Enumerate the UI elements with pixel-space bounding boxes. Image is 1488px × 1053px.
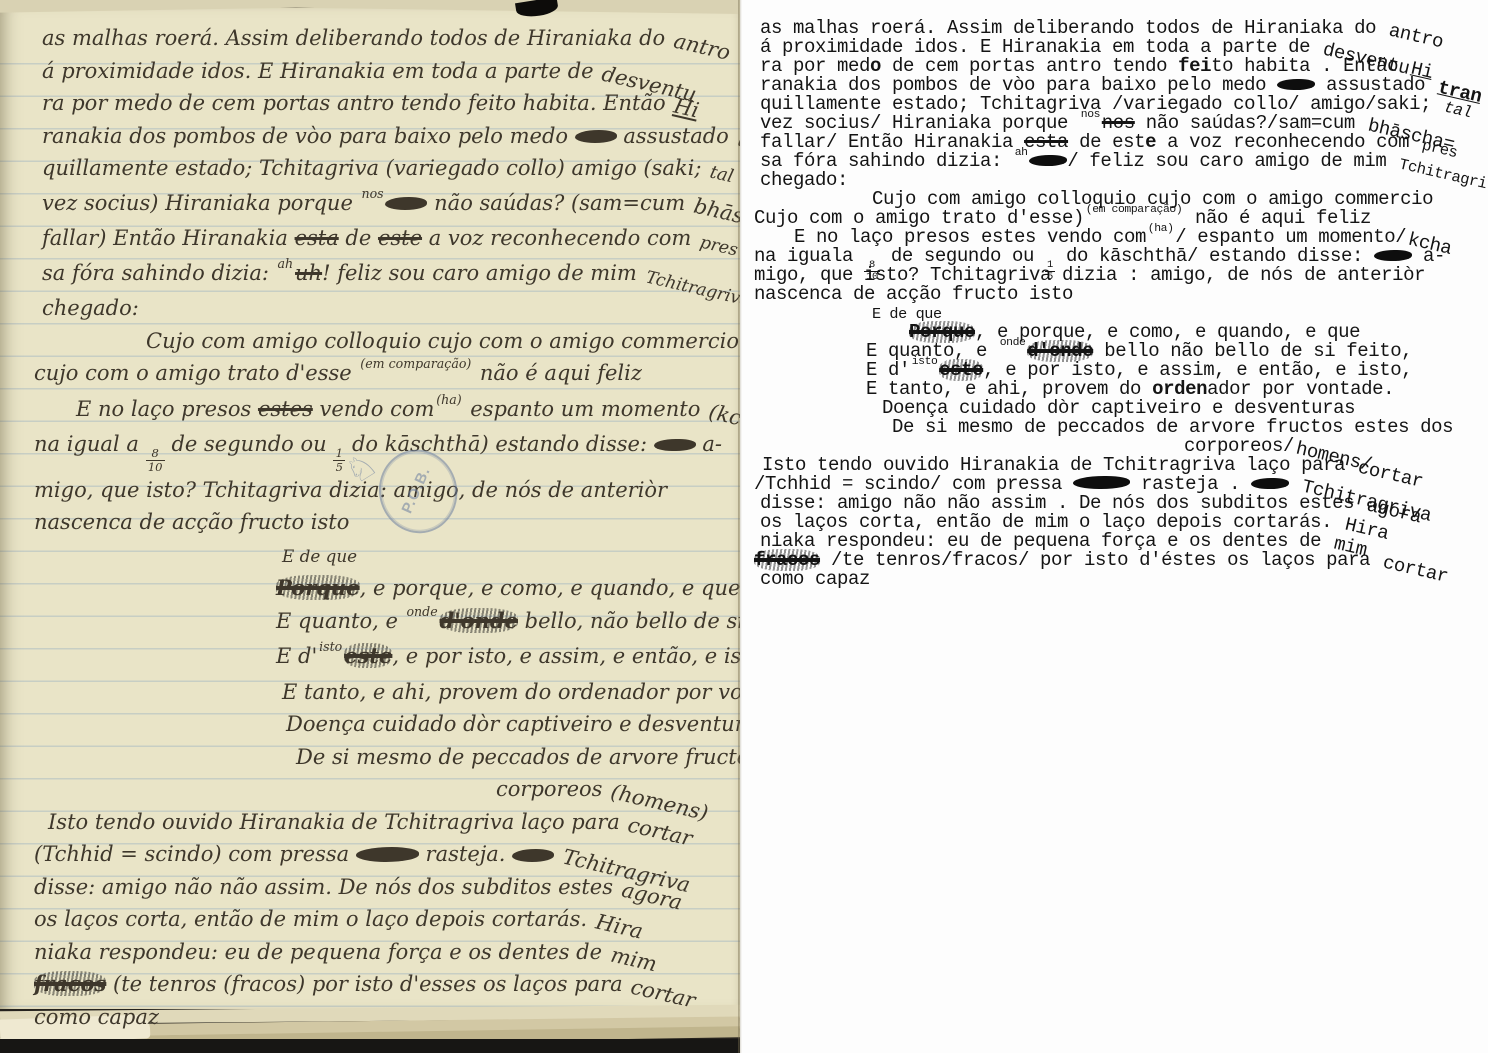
text-segment: como capaz <box>760 568 870 590</box>
text-segment: isto <box>319 631 342 664</box>
text-segment: na igual a <box>34 432 146 456</box>
text-segment: cortar <box>1380 547 1452 594</box>
text-segment: (te tenros (fracos) por isto d'esses os … <box>106 972 629 996</box>
text-segment: de <box>339 226 378 250</box>
text-segment: não saúdas? (sam=cum <box>427 191 691 215</box>
text-segment: do kāschthā) estando disse: <box>345 432 653 456</box>
text-segment: como capaz <box>34 1005 159 1029</box>
text-segment: quillamente estado; Tchitagriva (variega… <box>42 156 708 180</box>
text-segment: ah <box>1015 137 1028 170</box>
text-segment: de segundo ou <box>165 432 334 456</box>
text-segment: chegado: <box>760 169 848 191</box>
text-segment: não é aqui feliz <box>473 361 642 385</box>
text-segment: fallar) Então Hiranakia <box>42 226 295 250</box>
manuscript-line: Porque, e porque, e como, e quando, e qu… <box>34 572 734 605</box>
transcription-panel: as malhas roerá. Assim deliberando todos… <box>740 0 1488 1053</box>
text-segment: E d' <box>276 644 317 668</box>
text-segment: este <box>344 643 392 668</box>
transcript-line: sa fóra sahindo dizia: ah/ feliz sou car… <box>754 145 1488 164</box>
text-segment: ! feliz sou caro amigo de mim <box>322 261 643 285</box>
manuscript-photo-panel: as malhas roerá. Assim deliberando todos… <box>0 0 740 1053</box>
manuscript-line: as malhas roerá. Assim deliberando todos… <box>34 22 734 55</box>
manuscript-line: E d'istoeste, e por isto, e assim, e ent… <box>34 640 734 676</box>
text-segment: vendo com <box>313 397 435 421</box>
manuscript-line: migo, que isto? Tchitagriva dizia: amigo… <box>34 474 734 507</box>
transcript-line: Isto tendo ouvido Hiranakia de Tchitragr… <box>754 449 1488 468</box>
text-segment <box>554 842 561 866</box>
transcript-line: Porque, e porque, e como, e quando, e qu… <box>754 316 1488 335</box>
text-segment: Isto tendo ouvido Hiranakia de Tchitragr… <box>48 810 626 834</box>
manuscript-line: fallar) Então Hiranakia esta de este a v… <box>34 222 734 257</box>
text-segment: onde <box>406 596 437 629</box>
transcript-line: vez socius/ Hiraniaka porque nosnos não … <box>754 107 1488 126</box>
manuscript-line: quillamente estado; Tchitagriva (variega… <box>34 152 734 187</box>
text-segment: E no laço presos <box>76 397 258 421</box>
transcript-line: á proximidade idos. E Hiranakia em toda … <box>754 31 1488 50</box>
backdrop-strip <box>0 1039 740 1053</box>
transcript-line: migo, que isto? Tchitagriva dizia : amig… <box>754 259 1488 278</box>
text-segment: bello, não bello de si feito, <box>518 609 740 633</box>
text-segment: este <box>378 226 422 250</box>
manuscript-line: E tanto, e ahi, provem do ordenador por … <box>34 676 734 709</box>
manuscript-line: E no laço presos estes vendo com(ha) esp… <box>34 393 734 429</box>
transcript-line: as malhas roerá. Assim deliberando todos… <box>754 12 1488 31</box>
ink-blot-icon <box>512 849 554 862</box>
text-segment: corporeos <box>496 777 609 801</box>
text-segment: fracos <box>34 971 106 996</box>
text-segment: a voz reconhecendo com <box>422 226 698 250</box>
text-segment: Doença cuidado dòr captiveiro e desventu… <box>286 712 740 736</box>
text-segment: , e por isto, e assim, e então, e isto, <box>392 644 740 668</box>
manuscript-line: E de que <box>34 539 734 573</box>
ink-blot-icon <box>385 197 427 210</box>
transcript-line: na iguala 810 de segundo ou 15 do kāscht… <box>754 240 1488 259</box>
manuscript-line: como capaz <box>34 1001 734 1034</box>
text-segment: vez socius) Hiraniaka porque <box>42 191 360 215</box>
ink-blot-icon <box>654 439 696 452</box>
manuscript-text: as malhas roerá. Assim deliberando todos… <box>34 22 734 1033</box>
text-segment: / feliz sou caro amigo de mim <box>1067 150 1397 172</box>
text-segment: os laços corta, então de mim o laço depo… <box>34 907 594 931</box>
transcript-line: E tanto, e ahi, provem do ordenador por … <box>754 373 1488 392</box>
text-segment: chegado: <box>42 296 139 320</box>
text-segment: d'onde <box>440 608 518 633</box>
ink-blot-icon <box>575 130 617 143</box>
manuscript-line: chegado: <box>34 292 734 325</box>
text-segment: nos <box>1081 99 1100 132</box>
manuscript-line: corporeos (homens) <box>34 773 734 806</box>
ink-blot-icon <box>356 847 419 861</box>
text-segment: uh <box>295 261 322 285</box>
text-segment: esta <box>295 226 339 250</box>
transcript-line: E quanto, e onded'onde bello não bello d… <box>754 335 1488 354</box>
text-segment: Porque <box>276 575 360 600</box>
text-segment: (Tchhid = scindo) com pressa <box>34 842 356 866</box>
transcript-line: De si mesmo de peccados de arvore fructo… <box>754 411 1488 430</box>
text-segment: (em comparação) <box>360 348 471 381</box>
text-segment: ranakia dos pombos de vòo para baixo pel… <box>42 124 575 148</box>
text-segment: sa fóra sahindo dizia: <box>42 261 276 285</box>
manuscript-line: De si mesmo de peccados de arvore fructo… <box>34 741 734 774</box>
manuscript-line: nascenca de acção fructo isto <box>34 506 734 539</box>
transcript-line: quillamente estado; Tchitagriva /variega… <box>754 88 1488 107</box>
text-segment: migo, que isto? Tchitagriva dizia: amigo… <box>34 478 667 502</box>
fraction: 15 <box>333 447 345 473</box>
text-segment: E de que <box>282 546 357 566</box>
text-segment: disse: amigo não não assim. De nós dos s… <box>34 875 620 899</box>
manuscript-line: vez socius) Hiraniaka porque nos não saú… <box>34 187 734 223</box>
text-segment: isto <box>912 346 938 379</box>
manuscript-line: sa fóra sahindo dizia: ahuh! feliz sou c… <box>34 257 734 293</box>
text-segment: assustado <box>617 124 736 148</box>
text-segment: as malhas roerá. Assim deliberando todos… <box>42 26 672 50</box>
text-segment: De si mesmo de peccados de arvore fructo… <box>296 745 740 769</box>
manuscript-line: á proximidade idos. E Hiranakia em toda … <box>34 55 734 88</box>
text-segment: ah <box>278 248 294 281</box>
text-segment: nascenca de acção fructo isto <box>34 510 349 534</box>
text-segment: ra por medo de cem portas antro tendo fe… <box>42 91 672 115</box>
text-segment: (ha) <box>1148 213 1174 246</box>
transcript-line: E d'istoeste, e por isto, e assim, e ent… <box>754 354 1488 373</box>
manuscript-line: na igual a 810 de segundo ou 15 do kāsch… <box>34 428 734 474</box>
text-segment: /te tenros/fracos/ por isto d'éstes os l… <box>820 549 1381 571</box>
fraction: 810 <box>146 447 165 473</box>
text-segment: á proximidade idos. E Hiranakia em toda … <box>42 59 600 83</box>
text-segment: E tanto, e ahi, provem do ordenador por … <box>282 680 740 704</box>
text-segment: nos <box>361 178 383 211</box>
manuscript-line: disse: amigo não não assim. De nós dos s… <box>34 871 734 904</box>
text-segment: estes <box>258 397 313 421</box>
panel-divider <box>738 0 742 1053</box>
text-segment: niaka respondeu: eu de pequena força e o… <box>34 940 609 964</box>
text-segment: E quanto, e <box>276 609 405 633</box>
text-segment: rasteja. <box>419 842 512 866</box>
manuscript-line: (Tchhid = scindo) com pressa rasteja. Tc… <box>34 838 734 871</box>
text-segment: a- <box>696 432 722 456</box>
text-segment: espanto um momento <box>464 397 707 421</box>
manuscript-line: cujo com o amigo trato d'esse (em compar… <box>34 357 734 393</box>
manuscript-line: ranakia dos pombos de vòo para baixo pel… <box>34 120 734 153</box>
text-segment: cujo com o amigo trato d'esse <box>34 361 358 385</box>
manuscript-transcription-view: as malhas roerá. Assim deliberando todos… <box>0 0 1488 1053</box>
manuscript-line: E quanto, e onded'onde bello, não bello … <box>34 605 734 641</box>
text-segment: (ha) <box>436 384 461 417</box>
text-segment: onde <box>1000 327 1026 360</box>
manuscript-line: Doença cuidado dòr captiveiro e desventu… <box>34 708 734 741</box>
manuscript-line: os laços corta, então de mim o laço depo… <box>34 903 734 936</box>
